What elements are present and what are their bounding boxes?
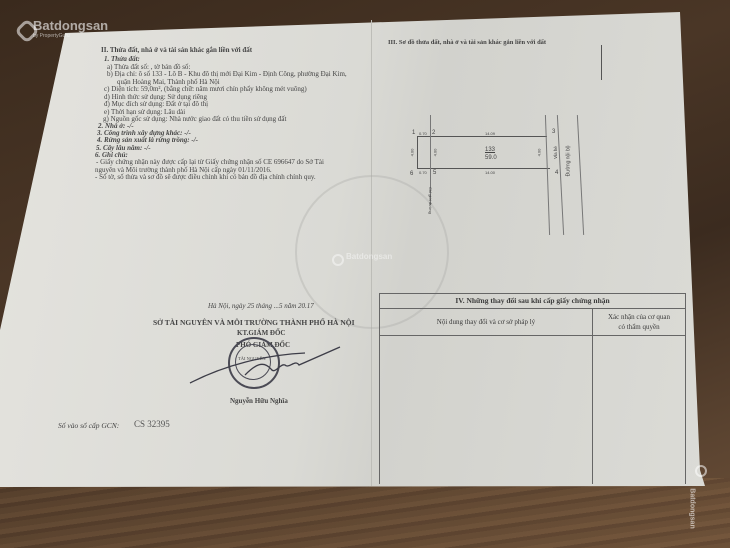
dim-right: 4.00 <box>536 149 541 157</box>
road-side-label: Vỉa hè <box>553 146 558 159</box>
col-change-content: Nội dung thay đổi và cơ sở pháp lý <box>380 309 593 335</box>
point-2: 2 <box>432 130 435 136</box>
col-authority-confirmation: Xác nhận của cơ quan có thẩm quyền <box>593 309 685 335</box>
issue-date: Hà Nội, ngày 25 tháng ...5 năm 20.17 <box>208 302 314 310</box>
registry-label: Số vào sổ cấp GCN: <box>58 421 119 430</box>
registry-value: CS 32395 <box>134 419 170 429</box>
signer-name: Nguyễn Hữu Nghĩa <box>230 397 288 405</box>
section2-title: II. Thửa đất, nhà ở và tài sản khác gắn … <box>101 46 252 54</box>
wooden-table-surface <box>0 478 730 548</box>
dim-inner: 4.00 <box>432 149 437 157</box>
col2-line1: Xác nhận của cơ quan <box>593 312 685 322</box>
lot-number: 133 <box>485 147 495 153</box>
issuing-agency: SỞ TÀI NGUYÊN VÀ MÔI TRƯỜNG THÀNH PHỐ HÀ… <box>153 318 354 327</box>
land-heading: 1. Thửa đất: <box>104 55 140 63</box>
land-address: b) Địa chỉ: ô số 133 - Lô B - Khu đô thị… <box>107 70 347 78</box>
road-right-label: Đường nội bộ <box>565 146 571 177</box>
dim-bottom-short: 0.70 <box>419 170 427 175</box>
point-6: 6 <box>410 171 413 177</box>
point-5: 5 <box>433 170 436 176</box>
dim-top-short: 0.70 <box>419 131 427 136</box>
dim-left: 4.00 <box>409 149 414 157</box>
land-plot-diagram: 1 2 3 4 5 6 0.70 14.09 0.70 14.00 4.00 4… <box>405 120 605 230</box>
center-watermark-brand: Batdongsan <box>346 252 392 261</box>
note-line-1: - Giấy chứng nhận này được cấp lại từ Gi… <box>96 158 324 166</box>
note-line-3: - Số tờ, số thửa và sơ đồ sẽ được điều c… <box>95 173 316 181</box>
changes-table-header: Nội dung thay đổi và cơ sở pháp lý Xác n… <box>380 309 685 336</box>
point-4: 4 <box>555 170 558 176</box>
land-area: c) Diện tích: 59,0m², (bằng chữ: năm mươ… <box>104 85 307 93</box>
table-divider <box>592 335 593 484</box>
lot-area: 59.0 <box>485 155 497 161</box>
point-1: 1 <box>412 130 415 136</box>
road-left-label: Chỉ giới đường <box>428 187 433 214</box>
changes-table: IV. Những thay đổi sau khi cấp giấy chứn… <box>379 293 686 484</box>
dim-bottom-long: 14.00 <box>485 170 495 175</box>
section3-title: III. Sơ đồ thửa đất, nhà ở và tài sản kh… <box>388 39 546 46</box>
watermark-sub: by PropertyGuru <box>33 33 70 39</box>
point-3: 3 <box>552 129 555 135</box>
item-forest: 4. Rừng sản xuất là rừng trồng: -/- <box>97 136 198 144</box>
section4-title: IV. Những thay đổi sau khi cấp giấy chứn… <box>380 294 685 309</box>
dim-top-long: 14.09 <box>485 131 495 136</box>
land-use-purpose: đ) Mục đích sử dụng: Đất ở tại đô thị <box>104 100 208 108</box>
north-arrow-icon <box>601 45 602 80</box>
watermark-brand: Batdongsan <box>33 18 108 33</box>
vertical-watermark-brand: Batdongsan <box>689 488 696 528</box>
signature-scribble <box>185 335 345 395</box>
col2-line2: có thẩm quyền <box>593 322 685 332</box>
